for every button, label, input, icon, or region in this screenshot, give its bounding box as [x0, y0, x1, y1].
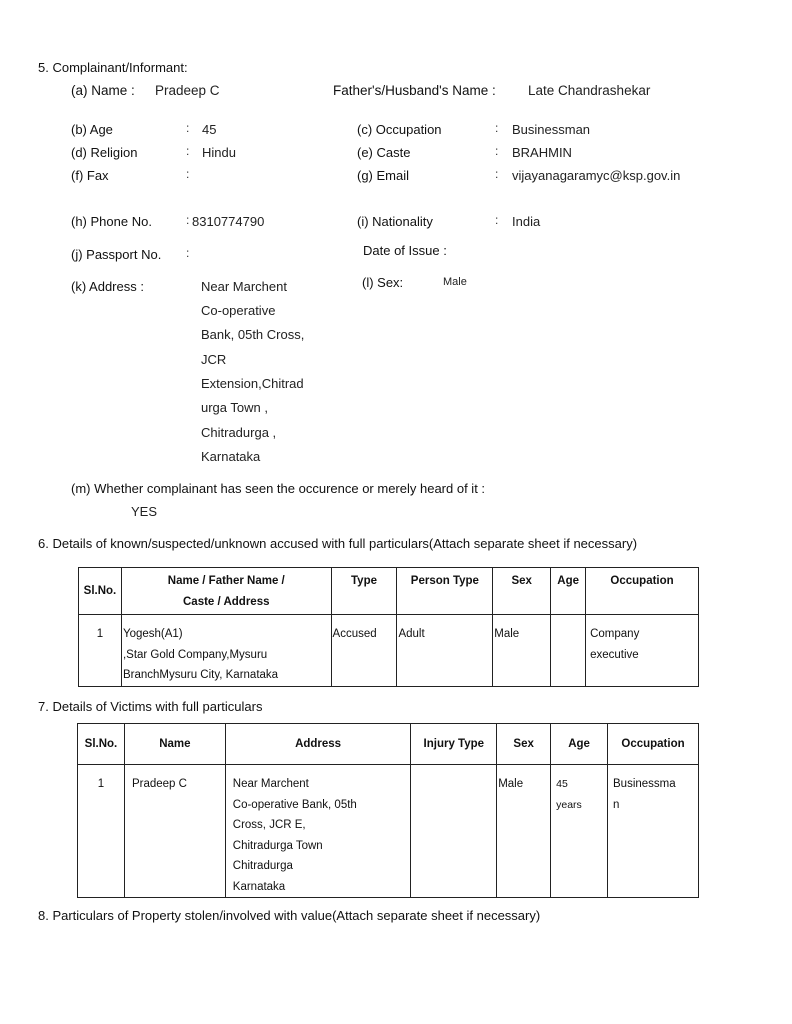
- section-7-heading: 7. Details of Victims with full particul…: [38, 699, 262, 714]
- seen-occurrence-label: (m) Whether complainant has seen the occ…: [71, 481, 485, 496]
- cell-occupation: Company executive: [586, 615, 699, 687]
- caste-colon: :: [495, 144, 498, 158]
- address-line: Chitradurga ,: [201, 425, 276, 440]
- cell-name-address: Yogesh(A1) ,Star Gold Company,Mysuru Bra…: [121, 615, 331, 687]
- table-row: 1 Pradeep C Near Marchent Co-operative B…: [78, 765, 699, 898]
- col-header-sl-no: Sl.No.: [79, 568, 122, 615]
- fax-label: (f) Fax: [71, 168, 109, 183]
- col-header-type: Type: [331, 568, 397, 615]
- name-label: (a) Name :: [71, 83, 135, 98]
- seen-occurrence-value: YES: [131, 504, 157, 519]
- cell-address: Near Marchent Co-operative Bank, 05th Cr…: [225, 765, 411, 898]
- address-line: Near Marchent: [201, 279, 287, 294]
- caste-label: (e) Caste: [357, 145, 410, 160]
- col-header-address: Address: [225, 724, 411, 765]
- age-colon: :: [186, 121, 189, 135]
- email-value: vijayanagaramyc@ksp.gov.in: [512, 168, 680, 183]
- address-line: Extension,Chitrad: [201, 376, 304, 391]
- phone-label: (h) Phone No.: [71, 214, 152, 229]
- cell-age: 45 years: [551, 765, 608, 898]
- phone-colon: :: [186, 213, 189, 227]
- col-header-person-type: Person Type: [397, 568, 493, 615]
- email-colon: :: [495, 167, 498, 181]
- col-header-sex: Sex: [497, 724, 551, 765]
- section-6-heading: 6. Details of known/suspected/unknown ac…: [38, 536, 637, 551]
- section-8-heading: 8. Particulars of Property stolen/involv…: [38, 908, 540, 923]
- sex-value: Male: [443, 276, 467, 288]
- col-header-age: Age: [551, 568, 586, 615]
- religion-value: Hindu: [202, 145, 236, 160]
- col-header-occupation: Occupation: [586, 568, 699, 615]
- cell-sex: Male: [493, 615, 551, 687]
- father-name-label: Father's/Husband's Name :: [333, 83, 496, 98]
- address-line: Karnataka: [201, 449, 260, 464]
- caste-value: BRAHMIN: [512, 145, 572, 160]
- col-header-sl-no: Sl.No.: [78, 724, 125, 765]
- age-value: 45: [202, 122, 216, 137]
- victims-table-header: Sl.No. Name Address Injury Type Sex Age …: [78, 724, 699, 765]
- sex-label: (l) Sex:: [362, 275, 403, 290]
- address-label: (k) Address :: [71, 279, 144, 294]
- accused-table-header: Sl.No. Name / Father Name / Caste / Addr…: [79, 568, 699, 615]
- address-line: urga Town ,: [201, 400, 268, 415]
- religion-colon: :: [186, 144, 189, 158]
- address-line: Bank, 05th Cross,: [201, 327, 304, 342]
- col-header-age: Age: [551, 724, 608, 765]
- occupation-label: (c) Occupation: [357, 122, 442, 137]
- fax-colon: :: [186, 167, 189, 181]
- passport-colon: :: [186, 246, 189, 260]
- phone-value: 8310774790: [192, 214, 264, 229]
- nationality-colon: :: [495, 213, 498, 227]
- accused-table: Sl.No. Name / Father Name / Caste / Addr…: [78, 567, 699, 687]
- section-5-heading: 5. Complainant/Informant:: [38, 60, 188, 75]
- nationality-label: (i) Nationality: [357, 214, 433, 229]
- name-value: Pradeep C: [155, 83, 220, 98]
- email-label: (g) Email: [357, 168, 409, 183]
- occupation-colon: :: [495, 121, 498, 135]
- cell-sl-no: 1: [79, 615, 122, 687]
- col-header-sex: Sex: [493, 568, 551, 615]
- col-header-injury-type: Injury Type: [411, 724, 497, 765]
- cell-type: Accused: [331, 615, 397, 687]
- nationality-value: India: [512, 214, 540, 229]
- religion-label: (d) Religion: [71, 145, 137, 160]
- passport-label: (j) Passport No.: [71, 247, 161, 262]
- cell-occupation: Businessma n: [608, 765, 699, 898]
- cell-person-type: Adult: [397, 615, 493, 687]
- date-of-issue-label: Date of Issue :: [363, 243, 447, 258]
- table-row: 1 Yogesh(A1) ,Star Gold Company,Mysuru B…: [79, 615, 699, 687]
- cell-injury-type: [411, 765, 497, 898]
- cell-sl-no: 1: [78, 765, 125, 898]
- age-label: (b) Age: [71, 122, 113, 137]
- father-name-value: Late Chandrashekar: [528, 83, 650, 98]
- cell-age: [551, 615, 586, 687]
- victims-table: Sl.No. Name Address Injury Type Sex Age …: [77, 723, 699, 898]
- address-line: JCR: [201, 352, 226, 367]
- occupation-value: Businessman: [512, 122, 590, 137]
- col-header-name: Name / Father Name / Caste / Address: [121, 568, 331, 615]
- cell-name: Pradeep C: [124, 765, 225, 898]
- address-line: Co-operative: [201, 303, 275, 318]
- col-header-name: Name: [124, 724, 225, 765]
- col-header-occupation: Occupation: [608, 724, 699, 765]
- cell-sex: Male: [497, 765, 551, 898]
